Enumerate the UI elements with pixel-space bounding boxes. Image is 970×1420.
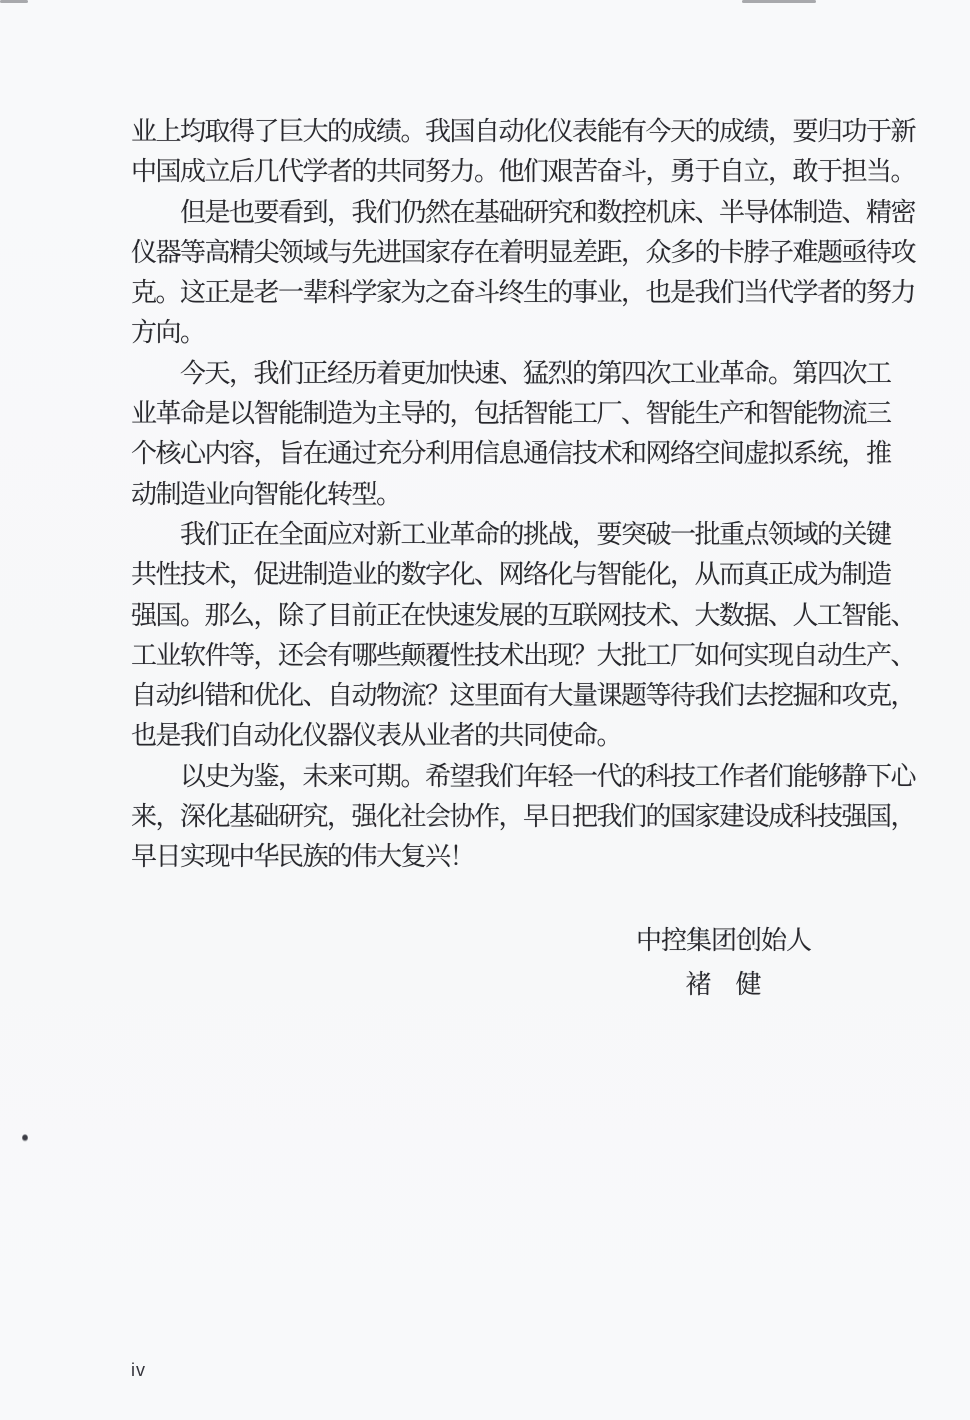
text-line: 来，深化基础研究，强化社会协作，早日把我们的国家建设成科技强国， [131,797,917,837]
text-line: 以史为鉴，未来可期。希望我们年轻一代的科技工作者们能够静下心 [131,757,917,797]
scan-edge-artifact [742,0,816,3]
document-body: 业上均取得了巨大的成绩。我国自动化仪表能有今天的成绩，要归功于新中国成立后几代学… [131,112,917,878]
text-line: 动制造业向智能化转型。 [131,475,917,515]
text-line: 早日实现中华民族的伟大复兴！ [131,837,917,877]
page-number: iv [131,1360,146,1381]
scan-speck-artifact [22,1134,28,1142]
text-line: 克。这正是老一辈科学家为之奋斗终生的事业，也是我们当代学者的努力 [131,273,917,313]
text-line: 我们正在全面应对新工业革命的挑战，要突破一批重点领域的关键 [131,515,917,555]
text-line: 强国。那么，除了目前正在快速发展的互联网技术、大数据、人工智能、 [131,596,917,636]
text-line: 自动纠错和优化、自动物流？这里面有大量课题等待我们去挖掘和攻克， [131,676,917,716]
text-line: 仪器等高精尖领域与先进国家存在着明显差距，众多的卡脖子难题亟待攻 [131,233,917,273]
text-line: 方向。 [131,313,917,353]
text-line: 个核心内容，旨在通过充分利用信息通信技术和网络空间虚拟系统，推 [131,434,917,474]
signature-name: 褚 健 [636,963,810,1007]
text-line: 今天，我们正经历着更加快速、猛烈的第四次工业革命。第四次工 [131,354,917,394]
document-page: 业上均取得了巨大的成绩。我国自动化仪表能有今天的成绩，要归功于新中国成立后几代学… [0,0,970,1420]
text-line: 中国成立后几代学者的共同努力。他们艰苦奋斗，勇于自立，敢于担当。 [131,152,917,192]
text-line: 业革命是以智能制造为主导的，包括智能工厂、智能生产和智能物流三 [131,394,917,434]
text-line: 也是我们自动化仪器仪表从业者的共同使命。 [131,716,917,756]
text-line: 业上均取得了巨大的成绩。我国自动化仪表能有今天的成绩，要归功于新 [131,112,917,152]
text-line: 工业软件等，还会有哪些颠覆性技术出现？大批工厂如何实现自动生产、 [131,636,917,676]
signature-title: 中控集团创始人 [636,919,810,963]
scan-edge-artifact [0,0,28,3]
signature-block: 中控集团创始人 褚 健 [636,919,810,1007]
text-line: 但是也要看到，我们仍然在基础研究和数控机床、半导体制造、精密 [131,193,917,233]
text-line: 共性技术，促进制造业的数字化、网络化与智能化，从而真正成为制造 [131,555,917,595]
